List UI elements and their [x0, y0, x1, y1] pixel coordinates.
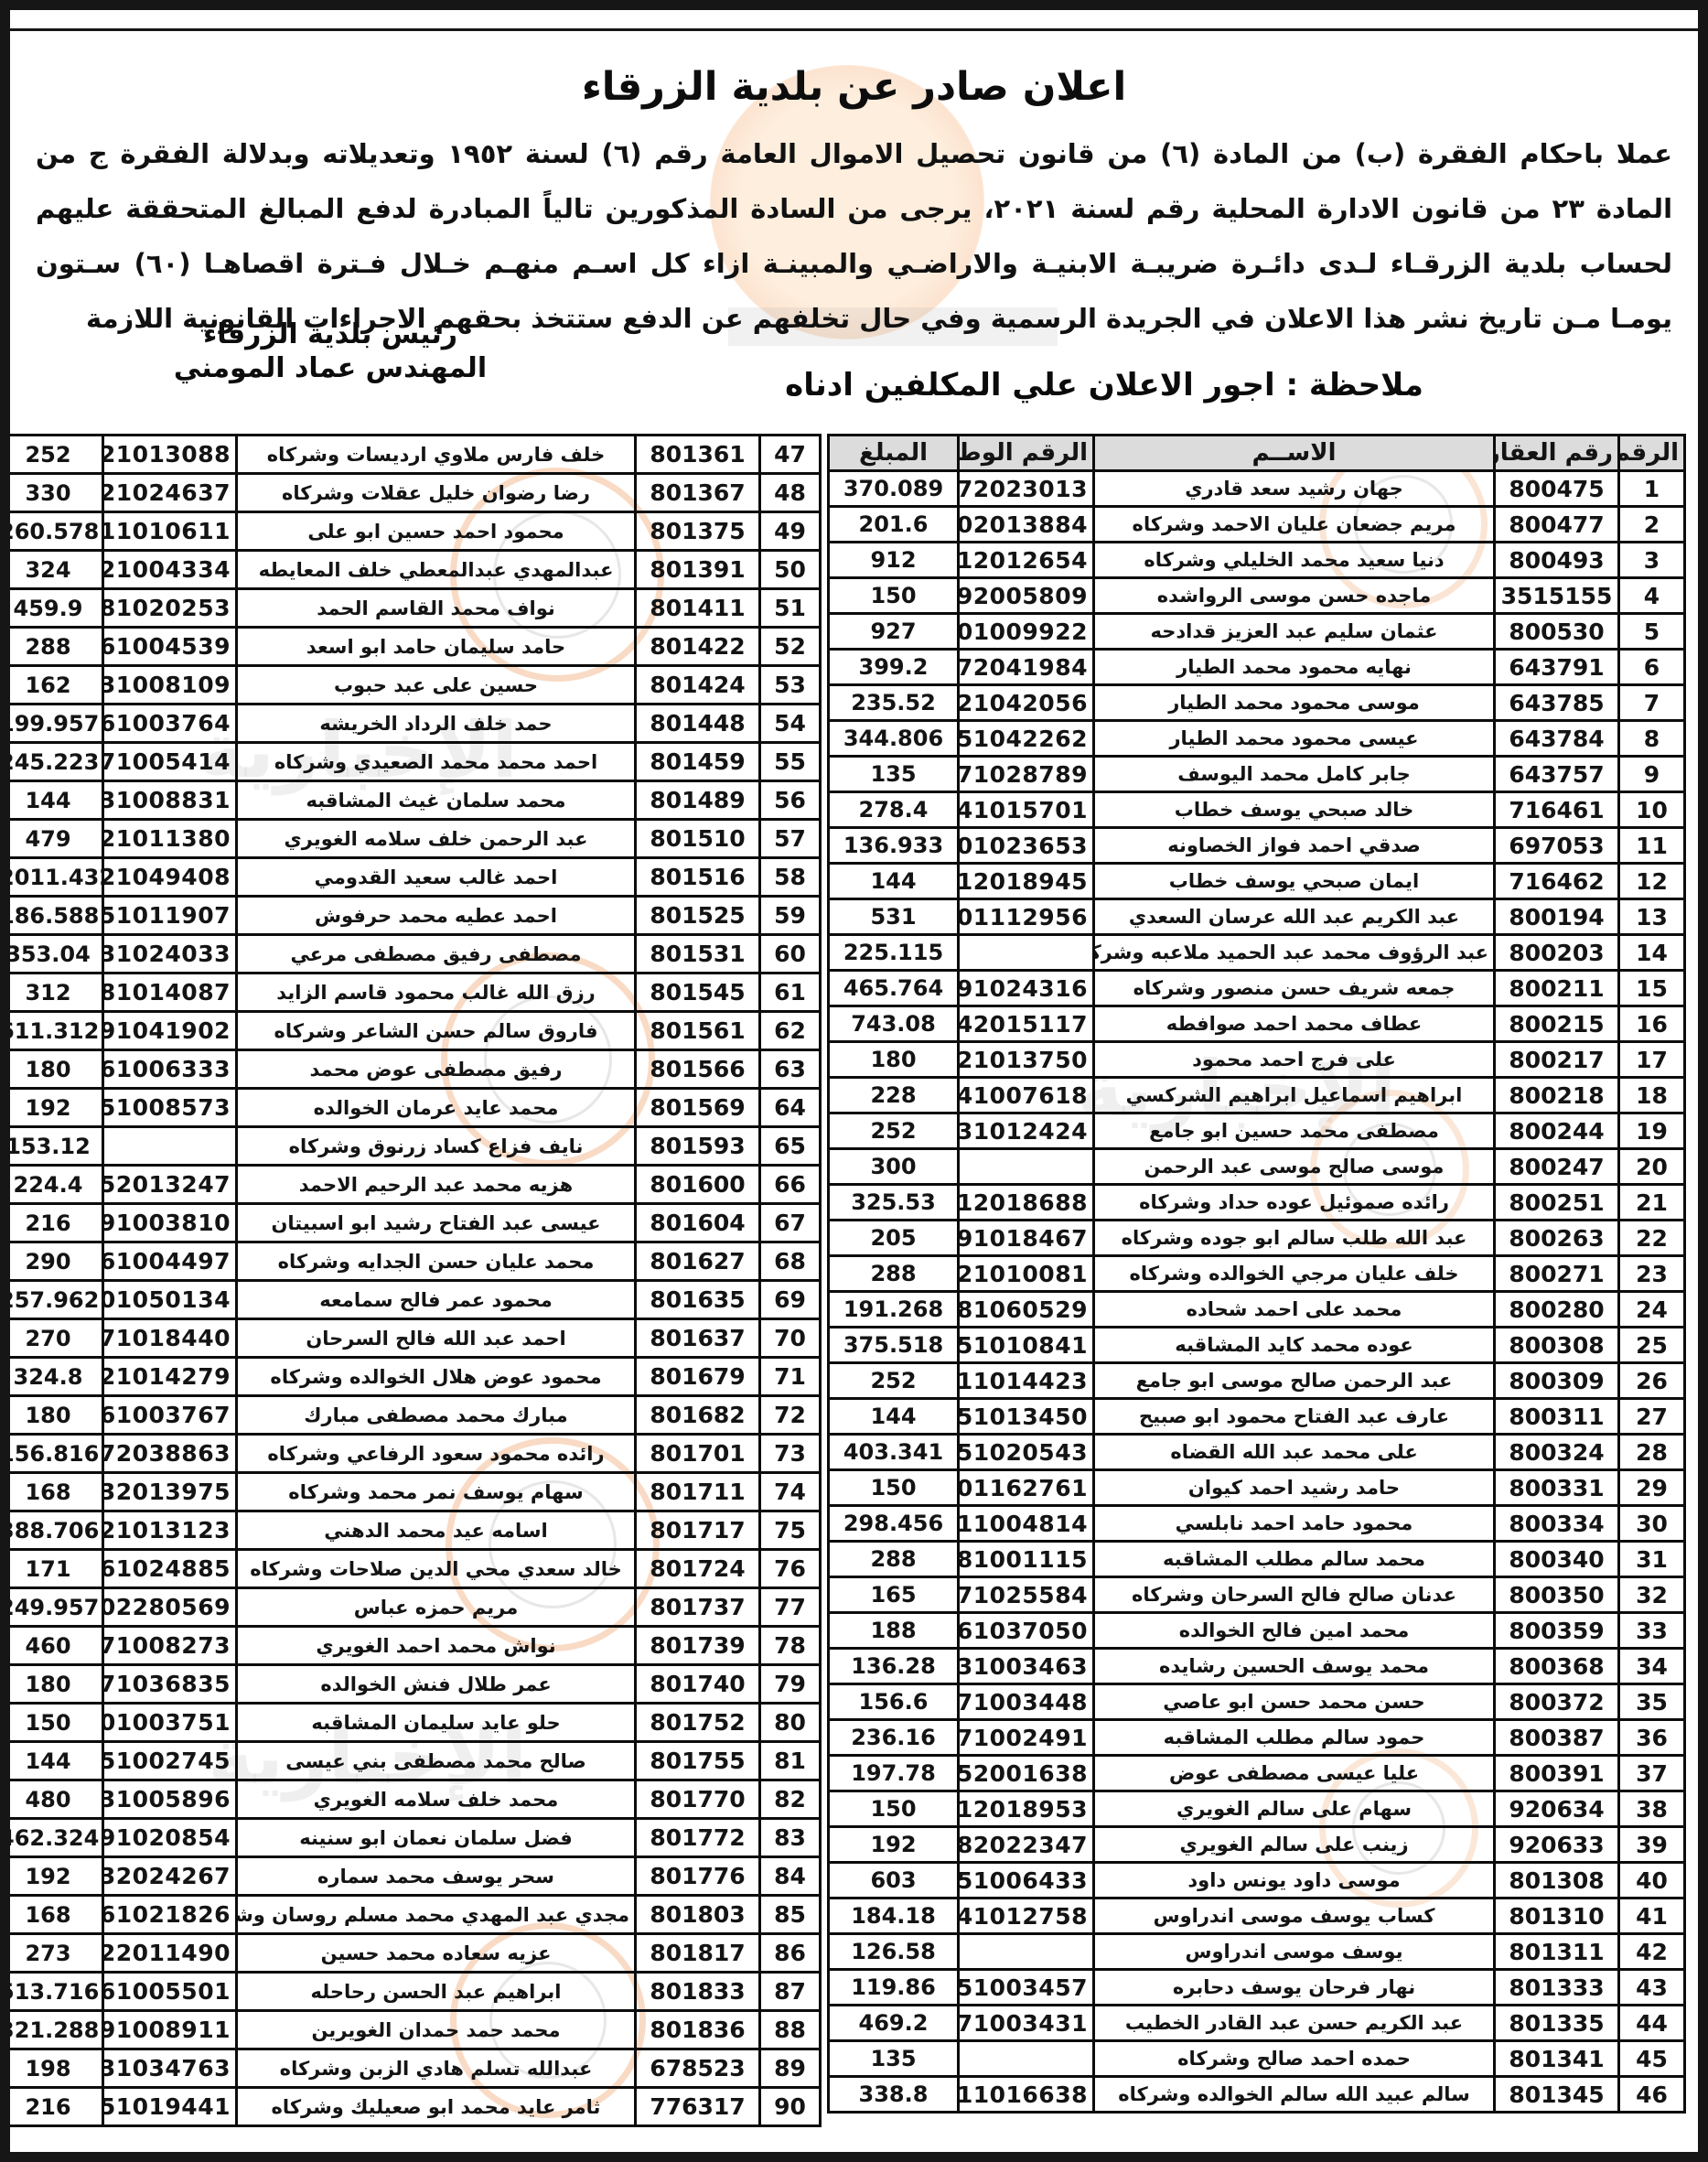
table-row: 48801367رضا رضوان خليل عقلات وشركاه98210… — [0, 474, 821, 512]
cell-row-number: 50 — [760, 551, 821, 589]
table-row: 11697053صدقي احمد فواز الخصاونه960102365… — [829, 828, 1685, 864]
table-row: 54801448حمد خلف الرداد الخريشه9361003764… — [0, 705, 821, 743]
cell-row-number: 28 — [1619, 1435, 1685, 1470]
cell-row-number: 84 — [760, 1857, 821, 1896]
cell-national-id: 9851019441 — [103, 2088, 237, 2126]
cell-property-number: 776317 — [636, 2088, 760, 2126]
table-row: 49801375محمود احمد حسين ابو على941101061… — [0, 512, 821, 551]
cell-national-id: 9361003764 — [103, 705, 237, 743]
cell-amount: 927 — [829, 614, 959, 650]
table-row: 83801772فضل سلمان نعمان ابو سنينه9691020… — [0, 1819, 821, 1857]
cell-row-number: 21 — [1619, 1185, 1685, 1221]
cell-property-number: 801752 — [636, 1704, 760, 1742]
table-row: 74801711سهام يوسف نمر محمد وشركاه9532013… — [0, 1473, 821, 1511]
cell-national-id: 9331008831 — [103, 781, 237, 820]
cell-row-number: 44 — [1619, 2006, 1685, 2041]
cell-property-number: 800244 — [1495, 1113, 1619, 1149]
cell-name: محمد عليان حسن الجدايه وشركاه — [237, 1242, 636, 1281]
cell-national-id — [959, 935, 1094, 971]
cell-row-number: 5 — [1619, 614, 1685, 650]
cell-row-number: 3 — [1619, 543, 1685, 578]
cell-national-id: 9712018953 — [959, 1791, 1094, 1827]
table-header: الرقم رقم العقار الاســم الرقم الوطني ال… — [829, 436, 1685, 471]
cell-property-number: 801367 — [636, 474, 760, 512]
announcement-page: الإخبارية الإخبارية الإخبارية اعلان صادر… — [0, 0, 1708, 2162]
table-row: 70801637احمد عبد الله فالح السرحان967101… — [0, 1319, 821, 1358]
cell-name: اسامه عيد محمد الدهني — [237, 1511, 636, 1550]
cell-property-number: 800271 — [1495, 1256, 1619, 1292]
cell-property-number: 800263 — [1495, 1221, 1619, 1256]
cell-name: محمد على احمد شحاده — [1094, 1292, 1495, 1328]
cell-property-number: 801604 — [636, 1204, 760, 1242]
table-row: 51801411نواف محمد القاسم الحمد9581020253… — [0, 589, 821, 628]
cell-property-number: 643757 — [1495, 757, 1619, 792]
cell-row-number: 79 — [760, 1665, 821, 1704]
table-row: 34800368محمد يوسف الحسين رشايده943100346… — [829, 1649, 1685, 1684]
cell-national-id: 9351008573 — [103, 1089, 237, 1127]
cell-national-id: 9521011380 — [103, 820, 237, 858]
cell-property-number: 800218 — [1495, 1078, 1619, 1113]
cell-national-id: 9531008109 — [103, 666, 237, 705]
cell-national-id: 9861024885 — [103, 1550, 237, 1588]
cell-national-id: 9631034763 — [103, 2049, 237, 2088]
cell-property-number: 801635 — [636, 1281, 760, 1319]
cell-national-id: 9881060529 — [959, 1292, 1094, 1328]
cell-national-id: 9542015117 — [959, 1006, 1094, 1042]
cell-amount: 153.12 — [0, 1127, 103, 1166]
cell-property-number: 801561 — [636, 1012, 760, 1050]
cell-national-id: 9551002745 — [103, 1742, 237, 1780]
cell-amount: 324 — [0, 551, 103, 589]
cell-name: ماجده حسن موسى الرواشده — [1094, 578, 1495, 614]
cell-national-id: 9411004814 — [959, 1506, 1094, 1542]
cell-amount: 465.764 — [829, 971, 959, 1006]
cell-row-number: 58 — [760, 858, 821, 897]
cell-property-number: 801600 — [636, 1166, 760, 1204]
table-row: 75801717اسامه عيد محمد الدهني97210131233… — [0, 1511, 821, 1550]
cell-name: صالح محمد مصطفى بني عيسى — [237, 1742, 636, 1780]
cell-property-number: 643791 — [1495, 650, 1619, 685]
cell-amount: 135 — [829, 757, 959, 792]
cell-amount: 228 — [829, 1078, 959, 1113]
cell-national-id: 9571025584 — [959, 1577, 1094, 1613]
cell-national-id: 9401009922 — [959, 614, 1094, 650]
cell-national-id: 9791018467 — [959, 1221, 1094, 1256]
cell-name: ابراهيم عبد الحسن رحاحله — [237, 1973, 636, 2011]
cell-row-number: 26 — [1619, 1363, 1685, 1399]
cell-name: محمد عايد عرمان الخوالده — [237, 1089, 636, 1127]
cell-name: مجدي عبد المهدي محمد مسلم روسان وشركاه — [237, 1896, 636, 1934]
cell-amount: 191.268 — [829, 1292, 959, 1328]
table-row: 80801752حلو عايد سليمان المشاقبه92010037… — [0, 1704, 821, 1742]
cell-national-id: 9641015701 — [959, 792, 1094, 828]
cell-amount: 192 — [829, 1827, 959, 1863]
cell-row-number: 12 — [1619, 864, 1685, 899]
cell-name: محمود عوض هلال الخوالده وشركاه — [237, 1358, 636, 1396]
cell-row-number: 37 — [1619, 1756, 1685, 1791]
cell-amount: 168 — [0, 1473, 103, 1511]
cell-name: عبد الكريم حسن عبد القادر الخطيب — [1094, 2006, 1495, 2041]
cell-name: محمود حامد احمد نابلسي — [1094, 1506, 1495, 1542]
cell-row-number: 54 — [760, 705, 821, 743]
cell-name: محمد سلمان غيث المشاقبه — [237, 781, 636, 820]
cell-national-id: 9592005809 — [959, 578, 1094, 614]
cell-name: نهايه محمود محمد الطيار — [1094, 650, 1495, 685]
cell-row-number: 6 — [1619, 650, 1685, 685]
cell-amount: 171 — [0, 1550, 103, 1588]
cell-national-id: 9452013247 — [103, 1166, 237, 1204]
cell-row-number: 45 — [1619, 2041, 1685, 2077]
cell-property-number: 801701 — [636, 1435, 760, 1473]
cell-amount: 199.957 — [0, 705, 103, 743]
cell-amount: 180 — [0, 1396, 103, 1435]
cell-row-number: 32 — [1619, 1577, 1685, 1613]
cell-row-number: 13 — [1619, 899, 1685, 935]
cell-amount: 469.2 — [829, 2006, 959, 2041]
cell-amount: 119.86 — [829, 1970, 959, 2006]
cell-name: احمد عطيه محمد حرفوش — [237, 897, 636, 935]
cell-national-id: 9712018945 — [959, 864, 1094, 899]
cell-name: حسن محمد حسن ابو عاصي — [1094, 1684, 1495, 1720]
cell-name: عليا عيسى مصطفى عوض — [1094, 1756, 1495, 1791]
cell-row-number: 74 — [760, 1473, 821, 1511]
table-row: 59801525احمد عطيه محمد حرفوش935101190718… — [0, 897, 821, 935]
cell-name: عبدالله تسلم هادي الزبن وشركاه — [237, 2049, 636, 2088]
table-row: 81801755صالح محمد مصطفى بني عيسى95510027… — [0, 1742, 821, 1780]
cell-property-number: 800340 — [1495, 1542, 1619, 1577]
cell-amount: 165 — [829, 1577, 959, 1613]
table-row: 25800308عوده محمد كايد المشاقبه935101084… — [829, 1328, 1685, 1363]
cell-national-id: 9461003767 — [103, 1396, 237, 1435]
cell-property-number: 801311 — [1495, 1934, 1619, 1970]
cell-amount: 205 — [829, 1221, 959, 1256]
cell-amount: 743.08 — [829, 1006, 959, 1042]
cell-row-number: 75 — [760, 1511, 821, 1550]
cell-national-id: 9421010081 — [959, 1256, 1094, 1292]
cell-property-number: 801459 — [636, 743, 760, 781]
cell-property-number: 801310 — [1495, 1898, 1619, 1934]
cell-row-number: 77 — [760, 1588, 821, 1627]
cell-national-id: 9601050134 — [103, 1281, 237, 1319]
cell-row-number: 24 — [1619, 1292, 1685, 1328]
cell-property-number: 800217 — [1495, 1042, 1619, 1078]
cell-national-id: 9391008911 — [103, 2011, 237, 2049]
cell-name: رائده محمود سعود الرفاعي وشركاه — [237, 1435, 636, 1473]
announcement-body-text: عملا باحكام الفقرة (ب) من المادة (٦) من … — [36, 126, 1672, 346]
cell-national-id: 9532013975 — [103, 1473, 237, 1511]
cell-amount: 245.223 — [0, 743, 103, 781]
cell-property-number: 800350 — [1495, 1577, 1619, 1613]
cell-row-number: 35 — [1619, 1684, 1685, 1720]
cell-property-number: 801341 — [1495, 2041, 1619, 2077]
table-row: 20800247موسى صالح موسى عبد الرحمن300 — [829, 1149, 1685, 1185]
cell-row-number: 4 — [1619, 578, 1685, 614]
cell-national-id: 9421004334 — [103, 551, 237, 589]
cell-row-number: 47 — [760, 436, 821, 474]
cell-property-number: 801531 — [636, 935, 760, 973]
cell-row-number: 90 — [760, 2088, 821, 2126]
table-row: 68801627محمد عليان حسن الجدايه وشركاه936… — [0, 1242, 821, 1281]
cell-name: حامد رشيد احمد كيوان — [1094, 1470, 1495, 1506]
table-row: 57801510عبد الرحمن خلف سلامه الغويري9521… — [0, 820, 821, 858]
cell-row-number: 40 — [1619, 1863, 1685, 1898]
cell-name: فضل سلمان نعمان ابو سنينه — [237, 1819, 636, 1857]
cell-property-number: 800359 — [1495, 1613, 1619, 1649]
table-row: 47801361خلف فارس ملاوي ارديسات وشركاه942… — [0, 436, 821, 474]
cell-amount: 216 — [0, 1204, 103, 1242]
cell-property-number: 800477 — [1495, 507, 1619, 543]
cell-row-number: 20 — [1619, 1149, 1685, 1185]
cell-amount: 480 — [0, 1780, 103, 1819]
cell-name: رفيق مصطفى عوض محمد — [237, 1050, 636, 1089]
cell-national-id: 9351011907 — [103, 897, 237, 935]
cell-amount: 290 — [0, 1242, 103, 1281]
cell-national-id: 9672038863 — [103, 1435, 237, 1473]
cell-amount: 273 — [0, 1934, 103, 1973]
cell-national-id: 9411010611 — [103, 512, 237, 551]
cell-property-number: 3515155 — [1495, 578, 1619, 614]
table-row: 18800218ابراهيم اسماعيل ابراهيم الشركسي9… — [829, 1078, 1685, 1113]
table-row: 40801308موسى داود يونس داود9451006433603 — [829, 1863, 1685, 1898]
cell-amount: 399.2 — [829, 650, 959, 685]
table-row: 77801737مريم حمزه عباس8502280569249.957 — [0, 1588, 821, 1627]
cell-name: موسى صالح موسى عبد الرحمن — [1094, 1149, 1495, 1185]
cell-row-number: 25 — [1619, 1328, 1685, 1363]
cell-property-number: 920634 — [1495, 1791, 1619, 1827]
cell-name: رزق الله غالب محمود قاسم الزايد — [237, 973, 636, 1012]
cell-national-id: 9551020543 — [959, 1435, 1094, 1470]
cell-national-id: 9651013450 — [959, 1399, 1094, 1435]
cell-property-number: 800372 — [1495, 1684, 1619, 1720]
cell-property-number: 800251 — [1495, 1185, 1619, 1221]
cell-name: محمد يوسف الحسين رشايده — [1094, 1649, 1495, 1684]
table-row: 76801724خالد سعدي محي الدين صلاحات وشركا… — [0, 1550, 821, 1588]
cell-amount: 150 — [829, 578, 959, 614]
cell-property-number: 801391 — [636, 551, 760, 589]
cell-name: احمد عبد الله فالح السرحان — [237, 1319, 636, 1358]
cell-amount: 136.933 — [829, 828, 959, 864]
cell-amount: 375.518 — [829, 1328, 959, 1363]
table-row: 82801770محمد خلف سلامه الغويري9431005896… — [0, 1780, 821, 1819]
cell-row-number: 81 — [760, 1742, 821, 1780]
cell-amount: 460 — [0, 1627, 103, 1665]
cell-property-number: 801375 — [636, 512, 760, 551]
cell-amount: 252 — [829, 1113, 959, 1149]
cell-amount: 144 — [0, 1742, 103, 1780]
cell-national-id — [103, 1127, 237, 1166]
cell-amount: 252 — [0, 436, 103, 474]
cell-national-id: 9181001115 — [959, 1542, 1094, 1577]
table-row: 35800372حسن محمد حسن ابو عاصي95710034481… — [829, 1684, 1685, 1720]
cell-name: عثمان سليم عبد العزيز قدادحه — [1094, 614, 1495, 650]
cell-amount: 150 — [829, 1791, 959, 1827]
cell-name: نهار فرحان يوسف دحابره — [1094, 1970, 1495, 2006]
table-row: 15800211جمعه شريف حسن منصور وشركاه959102… — [829, 971, 1685, 1006]
cell-amount: 2011.432 — [0, 858, 103, 897]
table-row: 42801311يوسف موسى اندراوس126.58 — [829, 1934, 1685, 1970]
table-row: 7643785موسى محمود محمد الطيار97210420562… — [829, 685, 1685, 721]
table-row: 31800340محمد سالم مطلب المشاقبه918100111… — [829, 1542, 1685, 1577]
cell-amount: 180 — [0, 1050, 103, 1089]
taxpayers-table-left: 47801361خلف فارس ملاوي ارديسات وشركاه942… — [0, 434, 822, 2127]
cell-row-number: 11 — [1619, 828, 1685, 864]
cell-amount: 513.716 — [0, 1973, 103, 2011]
table-row: 72801682مبارك محمد مصطفى مبارك9461003767… — [0, 1396, 821, 1435]
cell-amount: 312 — [0, 973, 103, 1012]
cell-row-number: 10 — [1619, 792, 1685, 828]
cell-row-number: 87 — [760, 1973, 821, 2011]
cell-amount: 235.52 — [829, 685, 959, 721]
cell-name: عطاف محمد احمد صوافطه — [1094, 1006, 1495, 1042]
table-row: 26800309عبد الرحمن صالح موسى ابو جامع951… — [829, 1363, 1685, 1399]
signature-title: رئيس بلدية الزرقاء — [138, 317, 522, 351]
cell-name: يوسف موسى اندراوس — [1094, 1934, 1495, 1970]
cell-name: محمد حمد حمدان الغويرين — [237, 2011, 636, 2049]
cell-row-number: 18 — [1619, 1078, 1685, 1113]
cell-property-number: 801682 — [636, 1396, 760, 1435]
cell-property-number: 801817 — [636, 1934, 760, 1973]
cell-national-id: 9761021826 — [103, 1896, 237, 1934]
cell-name: محمد خلف سلامه الغويري — [237, 1780, 636, 1819]
cell-amount: 252 — [829, 1363, 959, 1399]
cell-property-number: 801803 — [636, 1896, 760, 1934]
cell-row-number: 71 — [760, 1358, 821, 1396]
cell-property-number: 801510 — [636, 820, 760, 858]
cell-name: زينب على سالم الغويري — [1094, 1827, 1495, 1863]
table-row: 5800530عثمان سليم عبد العزيز قدادحه94010… — [829, 614, 1685, 650]
cell-amount: 188 — [829, 1613, 959, 1649]
cell-amount: 353.04 — [0, 935, 103, 973]
header-national-id: الرقم الوطني — [959, 436, 1094, 471]
cell-name: موسى محمود محمد الطيار — [1094, 685, 1495, 721]
cell-row-number: 9 — [1619, 757, 1685, 792]
cell-amount: 156.816 — [0, 1435, 103, 1473]
cell-national-id: 9451006433 — [959, 1863, 1094, 1898]
cell-property-number: 716461 — [1495, 792, 1619, 828]
cell-national-id: 9591024316 — [959, 971, 1094, 1006]
header-property-number: رقم العقار — [1495, 436, 1619, 471]
cell-amount: 324.8 — [0, 1358, 103, 1396]
table-row: 39920633زينب على سالم الغويري97820223471… — [829, 1827, 1685, 1863]
cell-national-id: 961004539 — [103, 628, 237, 666]
cell-row-number: 63 — [760, 1050, 821, 1089]
cell-row-number: 49 — [760, 512, 821, 551]
cell-name: عبد الكريم عبد الله عرسان السعدي — [1094, 899, 1495, 935]
cell-national-id: 9782022347 — [959, 1827, 1094, 1863]
table-row: 67801604عيسى عبد الفتاح رشيد ابو اسبيتان… — [0, 1204, 821, 1242]
table-row: 1800475جهان رشيد سعد قادري9572023013370.… — [829, 471, 1685, 507]
cell-name: احمد غالب سعيد القدومي — [237, 858, 636, 897]
table-row: 28800324على محمد عبد الله القضاه95510205… — [829, 1435, 1685, 1470]
cell-name: نواف محمد القاسم الحمد — [237, 589, 636, 628]
cell-property-number: 800368 — [1495, 1649, 1619, 1684]
cell-row-number: 29 — [1619, 1470, 1685, 1506]
cell-national-id: 9771028789 — [959, 757, 1094, 792]
cell-amount: 216 — [0, 2088, 103, 2126]
cell-property-number: 800324 — [1495, 1435, 1619, 1470]
cell-row-number: 42 — [1619, 1934, 1685, 1970]
table-row: 73801701رائده محمود سعود الرفاعي وشركاه9… — [0, 1435, 821, 1473]
cell-property-number: 801627 — [636, 1242, 760, 1281]
cell-amount: 459.9 — [0, 589, 103, 628]
cell-national-id: 9821024637 — [103, 474, 237, 512]
cell-property-number: 801711 — [636, 1473, 760, 1511]
cell-property-number: 801361 — [636, 436, 760, 474]
cell-row-number: 72 — [760, 1396, 821, 1435]
table-row: 21800251رائده صموئيل عوده حداد وشركاه961… — [829, 1185, 1685, 1221]
cell-national-id: 9711016638 — [959, 2077, 1094, 2113]
cell-national-id: 9502013884 — [959, 507, 1094, 543]
table-row: 86801817عزيه سعاده محمد حسين952201149027… — [0, 1934, 821, 1973]
table-row: 90776317ثامر عايد محمد ابو صعيليك وشركاه… — [0, 2088, 821, 2126]
cell-amount: 611.312 — [0, 1012, 103, 1050]
cell-name: حمود سالم مطلب المشاقبه — [1094, 1720, 1495, 1756]
cell-amount: 338.8 — [829, 2077, 959, 2113]
table-row: 46801345سالم عبيد الله سالم الخوالده وشر… — [829, 2077, 1685, 2113]
cell-name: على محمد عبد الله القضاه — [1094, 1435, 1495, 1470]
table-row: 3800493دنيا سعيد محمد الخليلي وشركاه9512… — [829, 543, 1685, 578]
cell-name: كساب يوسف موسى اندراوس — [1094, 1898, 1495, 1934]
cell-name: دنيا سعيد محمد الخليلي وشركاه — [1094, 543, 1495, 578]
cell-amount: 144 — [829, 864, 959, 899]
cell-property-number: 800308 — [1495, 1328, 1619, 1363]
cell-amount: 330 — [0, 474, 103, 512]
cell-property-number: 800203 — [1495, 935, 1619, 971]
table-row: 45801341حمده احمد صالح وشركاه135 — [829, 2041, 1685, 2077]
cell-property-number: 801755 — [636, 1742, 760, 1780]
cell-property-number: 801740 — [636, 1665, 760, 1704]
cell-name: رائده صموئيل عوده حداد وشركاه — [1094, 1185, 1495, 1221]
cell-name: عوده محمد كايد المشاقبه — [1094, 1328, 1495, 1363]
cell-amount: 135 — [829, 2041, 959, 2077]
table-row: 58801516احمد غالب سعيد القدومي9821049408… — [0, 858, 821, 897]
cell-row-number: 53 — [760, 666, 821, 705]
cell-amount: 249.957 — [0, 1588, 103, 1627]
cell-row-number: 76 — [760, 1550, 821, 1588]
cell-row-number: 80 — [760, 1704, 821, 1742]
cell-amount: 288 — [829, 1256, 959, 1292]
signature-name: المهندس عماد المومني — [138, 351, 522, 385]
cell-name: خلف عليان مرجي الخوالده وشركاه — [1094, 1256, 1495, 1292]
header-name: الاســم — [1094, 436, 1495, 471]
taxpayers-table-right: الرقم رقم العقار الاســم الرقم الوطني ال… — [827, 434, 1686, 2114]
table-row: 22800263عبد الله طلب سالم ابو جوده وشركا… — [829, 1221, 1685, 1256]
cell-property-number: 800215 — [1495, 1006, 1619, 1042]
cell-national-id: 9601023653 — [959, 828, 1094, 864]
cell-name: مصطفى رفيق مصطفى مرعي — [237, 935, 636, 973]
cell-row-number: 39 — [1619, 1827, 1685, 1863]
table-row: 29800331حامد رشيد احمد كيوان850116276115… — [829, 1470, 1685, 1506]
cell-property-number: 801411 — [636, 589, 760, 628]
table-row: 32800350عدنان صالح فالح السرحان وشركاه95… — [829, 1577, 1685, 1613]
cell-national-id: 9431003463 — [959, 1649, 1094, 1684]
table-row: 24800280محمد على احمد شحاده9881060529191… — [829, 1292, 1685, 1328]
table-row: 38920634سهام على سالم الغويري97120189531… — [829, 1791, 1685, 1827]
cell-amount: 162 — [0, 666, 103, 705]
cell-amount: 325.53 — [829, 1185, 959, 1221]
cell-property-number: 801776 — [636, 1857, 760, 1896]
cell-name: مبارك محمد مصطفى مبارك — [237, 1396, 636, 1435]
cell-property-number: 800280 — [1495, 1292, 1619, 1328]
cell-row-number: 14 — [1619, 935, 1685, 971]
table-row: 44801335عبد الكريم حسن عبد القادر الخطيب… — [829, 2006, 1685, 2041]
cell-name: ثامر عايد محمد ابو صعيليك وشركاه — [237, 2088, 636, 2126]
cell-property-number: 801717 — [636, 1511, 760, 1550]
table-row: 84801776سحر يوسف محمد سماره9732024267192 — [0, 1857, 821, 1896]
cell-row-number: 55 — [760, 743, 821, 781]
cell-name: حمده احمد صالح وشركاه — [1094, 2041, 1495, 2077]
cell-name: موسى داود يونس داود — [1094, 1863, 1495, 1898]
